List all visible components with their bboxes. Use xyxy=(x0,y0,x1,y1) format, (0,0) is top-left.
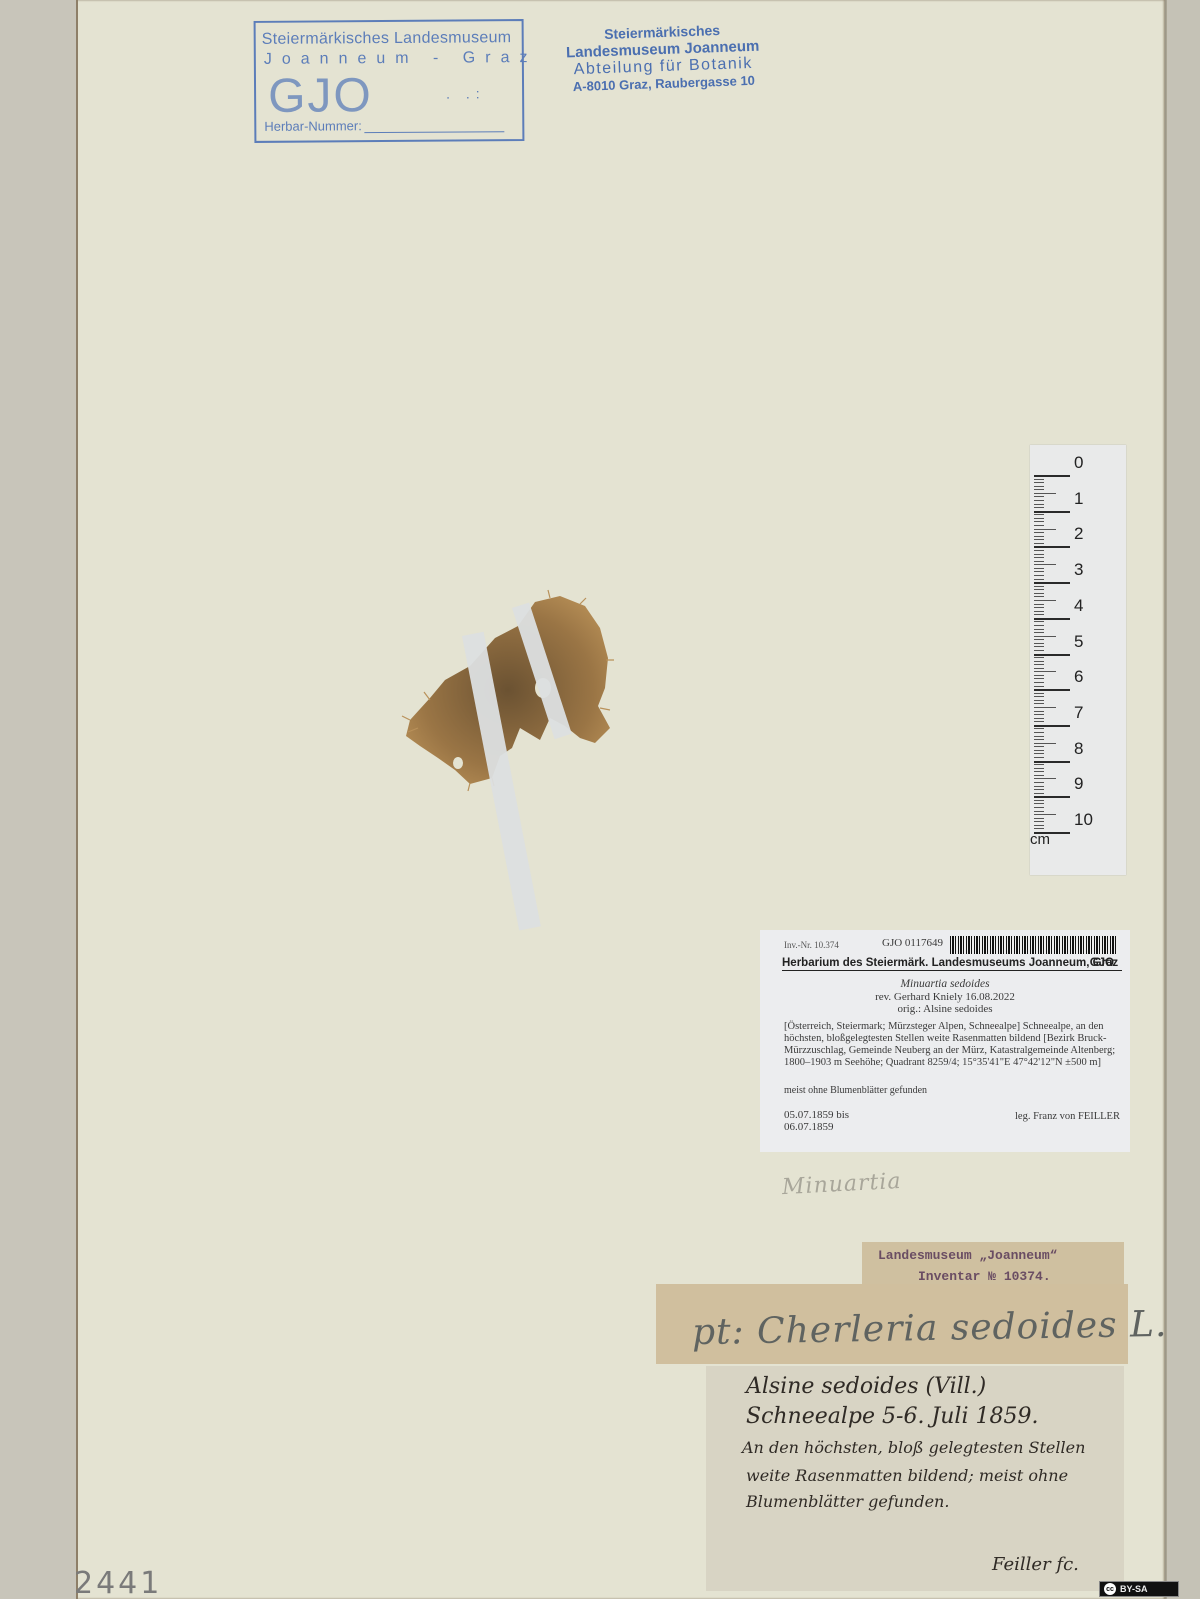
ruler-label: 1 xyxy=(1074,489,1104,509)
stamp-dots: . .: xyxy=(446,85,486,101)
ruler-minor-tick xyxy=(1034,668,1044,669)
ruler-minor-tick xyxy=(1034,693,1044,694)
ruler-minor-tick xyxy=(1034,711,1044,712)
ruler-minor-tick xyxy=(1034,625,1044,626)
original-label-line-5: Blumenblätter gefunden. xyxy=(746,1492,949,1511)
ruler-minor-tick xyxy=(1034,828,1044,829)
ruler-minor-tick xyxy=(1034,682,1044,683)
ruler-minor-tick xyxy=(1034,629,1044,630)
sheet-edge-right xyxy=(1165,0,1166,1599)
ruler-minor-tick xyxy=(1034,632,1044,633)
stamp-number-field: Herbar-Nummer: xyxy=(264,117,504,134)
ruler-minor-tick xyxy=(1034,589,1044,590)
institution-title: Herbarium des Steiermärk. Landesmuseums … xyxy=(782,957,1122,971)
ruler-minor-tick xyxy=(1034,507,1044,508)
ruler-label: 3 xyxy=(1074,560,1104,580)
ruler-minor-tick xyxy=(1034,664,1044,665)
plant-specimen xyxy=(400,588,620,788)
ruler-minor-tick xyxy=(1034,807,1044,808)
ruler-minor-tick xyxy=(1034,650,1044,651)
ruler-minor-tick xyxy=(1034,593,1044,594)
ruler-minor-tick xyxy=(1034,768,1044,769)
ruler-minor-tick xyxy=(1034,529,1056,530)
ruler-minor-tick xyxy=(1034,493,1056,494)
ruler-minor-tick xyxy=(1034,614,1044,615)
ruler-major-tick xyxy=(1034,796,1070,798)
ruler-minor-tick xyxy=(1034,518,1044,519)
ruler-minor-tick xyxy=(1034,525,1044,526)
ruler-minor-tick xyxy=(1034,521,1044,522)
ruler-minor-tick xyxy=(1034,746,1044,747)
ruler-minor-tick xyxy=(1034,825,1044,826)
sheet-edge-left xyxy=(76,0,78,1599)
ruler-minor-tick xyxy=(1034,661,1044,662)
institution-name: Herbarium des Steiermärk. Landesmuseums … xyxy=(782,957,1118,969)
ruler-major-tick xyxy=(1034,725,1070,727)
inventory-number: Inv.-Nr. 10.374 xyxy=(784,940,839,950)
ruler-minor-tick xyxy=(1034,646,1044,647)
ruler-minor-tick xyxy=(1034,514,1044,515)
ruler-minor-tick xyxy=(1034,736,1044,737)
ruler-minor-tick xyxy=(1034,764,1044,765)
cc-icon: cc xyxy=(1104,1583,1116,1595)
ruler-minor-tick xyxy=(1034,671,1056,672)
ruler-label: 9 xyxy=(1074,774,1104,794)
institution-code: GJO xyxy=(1090,957,1114,969)
ruler-major-tick xyxy=(1034,511,1070,513)
ruler-minor-tick xyxy=(1034,739,1044,740)
department-stamp: Steiermärkisches Landesmuseum Joanneum A… xyxy=(552,20,774,96)
ruler-minor-tick xyxy=(1034,579,1044,580)
stamp-acronym: GJO xyxy=(268,68,373,124)
ruler-minor-tick xyxy=(1034,696,1044,697)
inventory-label-line-2: Inventar № 10374. xyxy=(918,1269,1051,1284)
original-label-line-2: Schneealpe 5-6. Juli 1859. xyxy=(746,1404,1038,1429)
ruler-minor-tick xyxy=(1034,818,1044,819)
ruler-minor-tick xyxy=(1034,714,1044,715)
ruler-major-tick xyxy=(1034,689,1070,691)
original-collector-label: Alsine sedoides (Vill.) Schneealpe 5-6. … xyxy=(706,1366,1124,1591)
ruler-minor-tick xyxy=(1034,643,1044,644)
ruler-minor-tick xyxy=(1034,811,1044,812)
taxon-name: Minuartia sedoides xyxy=(760,978,1130,990)
ruler-minor-tick xyxy=(1034,554,1044,555)
ruler-label: 0 xyxy=(1074,453,1104,473)
license-text: BY-SA xyxy=(1120,1584,1148,1594)
ruler-label: 10 xyxy=(1074,810,1104,830)
original-label-line-1: Alsine sedoides (Vill.) xyxy=(746,1374,986,1399)
ruler-minor-tick xyxy=(1034,675,1044,676)
stamp-number-line xyxy=(364,131,504,133)
ruler-minor-tick xyxy=(1034,543,1044,544)
ruler-major-tick xyxy=(1034,582,1070,584)
ruler-minor-tick xyxy=(1034,564,1056,565)
ruler-minor-tick xyxy=(1034,778,1056,779)
collector-name: leg. Franz von FEILLER xyxy=(1015,1111,1120,1122)
sheet-number: 2441 xyxy=(74,1566,162,1599)
ruler-label: 6 xyxy=(1074,667,1104,687)
ruler-minor-tick xyxy=(1034,532,1044,533)
determination-label: Inv.-Nr. 10.374 GJO 0117649 Herbarium de… xyxy=(760,930,1130,1152)
ruler-minor-tick xyxy=(1034,575,1044,576)
scale-ruler: cm 012345678910 xyxy=(1030,445,1126,875)
inventory-label-line-1: Landesmuseum „Joanneum“ xyxy=(878,1248,1057,1263)
collection-date-from: 05.07.1859 bis xyxy=(784,1109,849,1121)
ruler-minor-tick xyxy=(1034,732,1044,733)
ruler-minor-tick xyxy=(1034,596,1044,597)
ruler-minor-tick xyxy=(1034,814,1056,815)
ruler-minor-tick xyxy=(1034,678,1044,679)
original-label-line-3: An den höchsten, bloß gelegtesten Stelle… xyxy=(742,1438,1085,1457)
ruler-minor-tick xyxy=(1034,479,1044,480)
original-name: orig.: Alsine sedoides xyxy=(760,1003,1130,1015)
ruler-minor-tick xyxy=(1034,657,1044,658)
ruler-minor-tick xyxy=(1034,700,1044,701)
ruler-major-tick xyxy=(1034,546,1070,548)
ruler-major-tick xyxy=(1034,761,1070,763)
ruler-minor-tick xyxy=(1034,718,1044,719)
ruler-minor-tick xyxy=(1034,486,1044,487)
ruler-minor-tick xyxy=(1034,800,1044,801)
ruler-minor-tick xyxy=(1034,604,1044,605)
ruler-minor-tick xyxy=(1034,536,1044,537)
stamp-line-1: Steiermärkisches Landesmuseum xyxy=(262,29,512,49)
ruler-minor-tick xyxy=(1034,793,1044,794)
ruler-minor-tick xyxy=(1034,557,1044,558)
ruler-minor-tick xyxy=(1034,703,1044,704)
ruler-minor-tick xyxy=(1034,786,1044,787)
ruler-minor-tick xyxy=(1034,504,1044,505)
ruler-label: 7 xyxy=(1074,703,1104,723)
license-badge: cc BY-SA xyxy=(1099,1581,1179,1597)
ruler-minor-tick xyxy=(1034,636,1056,637)
ruler-minor-tick xyxy=(1034,600,1056,601)
ruler-minor-tick xyxy=(1034,753,1044,754)
catalog-code: GJO 0117649 xyxy=(882,937,943,949)
ruler-label: 8 xyxy=(1074,739,1104,759)
stamp-line-2: Joanneum - Graz xyxy=(264,49,538,69)
ruler-minor-tick xyxy=(1034,639,1044,640)
habitat-note: meist ohne Blumenblätter gefunden xyxy=(784,1085,927,1096)
ruler-minor-tick xyxy=(1034,803,1044,804)
ruler-minor-tick xyxy=(1034,607,1044,608)
ruler-label: 4 xyxy=(1074,596,1104,616)
handwritten-determination-strip: pt: Cherleria sedoides L. xyxy=(656,1284,1128,1364)
scan-backdrop-left xyxy=(0,0,76,1599)
ruler-major-tick xyxy=(1034,618,1070,620)
ruler-minor-tick xyxy=(1034,728,1044,729)
ruler-minor-tick xyxy=(1034,500,1044,501)
ruler-minor-tick xyxy=(1034,561,1044,562)
ruler-label: 2 xyxy=(1074,524,1104,544)
locality-text: [Österreich, Steiermark; Mürzsteger Alpe… xyxy=(784,1021,1124,1069)
ruler-minor-tick xyxy=(1034,539,1044,540)
scan-backdrop-right xyxy=(1166,0,1200,1599)
revision-note: rev. Gerhard Kniely 16.08.2022 xyxy=(760,991,1130,1003)
original-label-line-4: weite Rasenmatten bildend; meist ohne xyxy=(746,1466,1068,1485)
ruler-label: 5 xyxy=(1074,632,1104,652)
ruler-major-tick xyxy=(1034,832,1070,834)
ruler-major-tick xyxy=(1034,475,1070,477)
ruler-minor-tick xyxy=(1034,550,1044,551)
ruler-minor-tick xyxy=(1034,586,1044,587)
ruler-minor-tick xyxy=(1034,707,1056,708)
ruler-minor-tick xyxy=(1034,571,1044,572)
barcode-icon xyxy=(950,936,1118,954)
ruler-minor-tick xyxy=(1034,482,1044,483)
collector-signature: Feiller fc. xyxy=(992,1554,1079,1575)
ruler-minor-tick xyxy=(1034,757,1044,758)
ruler-minor-tick xyxy=(1034,821,1044,822)
ruler-minor-tick xyxy=(1034,621,1044,622)
ruler-minor-tick xyxy=(1034,496,1044,497)
ruler-minor-tick xyxy=(1034,686,1044,687)
collection-stamp: Steiermärkisches Landesmuseum Joanneum -… xyxy=(254,19,525,143)
collection-date-to: 06.07.1859 xyxy=(784,1121,834,1133)
ruler-minor-tick xyxy=(1034,721,1044,722)
ruler-minor-tick xyxy=(1034,750,1044,751)
ruler-major-tick xyxy=(1034,654,1070,656)
stamp-number-label: Herbar-Nummer: xyxy=(264,118,362,134)
ruler-minor-tick xyxy=(1034,782,1044,783)
ruler-minor-tick xyxy=(1034,789,1044,790)
ruler-minor-tick xyxy=(1034,743,1056,744)
handwritten-determination: pt: Cherleria sedoides L. xyxy=(692,1304,1168,1353)
ruler-minor-tick xyxy=(1034,771,1044,772)
ruler-minor-tick xyxy=(1034,775,1044,776)
ruler-minor-tick xyxy=(1034,611,1044,612)
ruler-minor-tick xyxy=(1034,489,1044,490)
ruler-minor-tick xyxy=(1034,568,1044,569)
